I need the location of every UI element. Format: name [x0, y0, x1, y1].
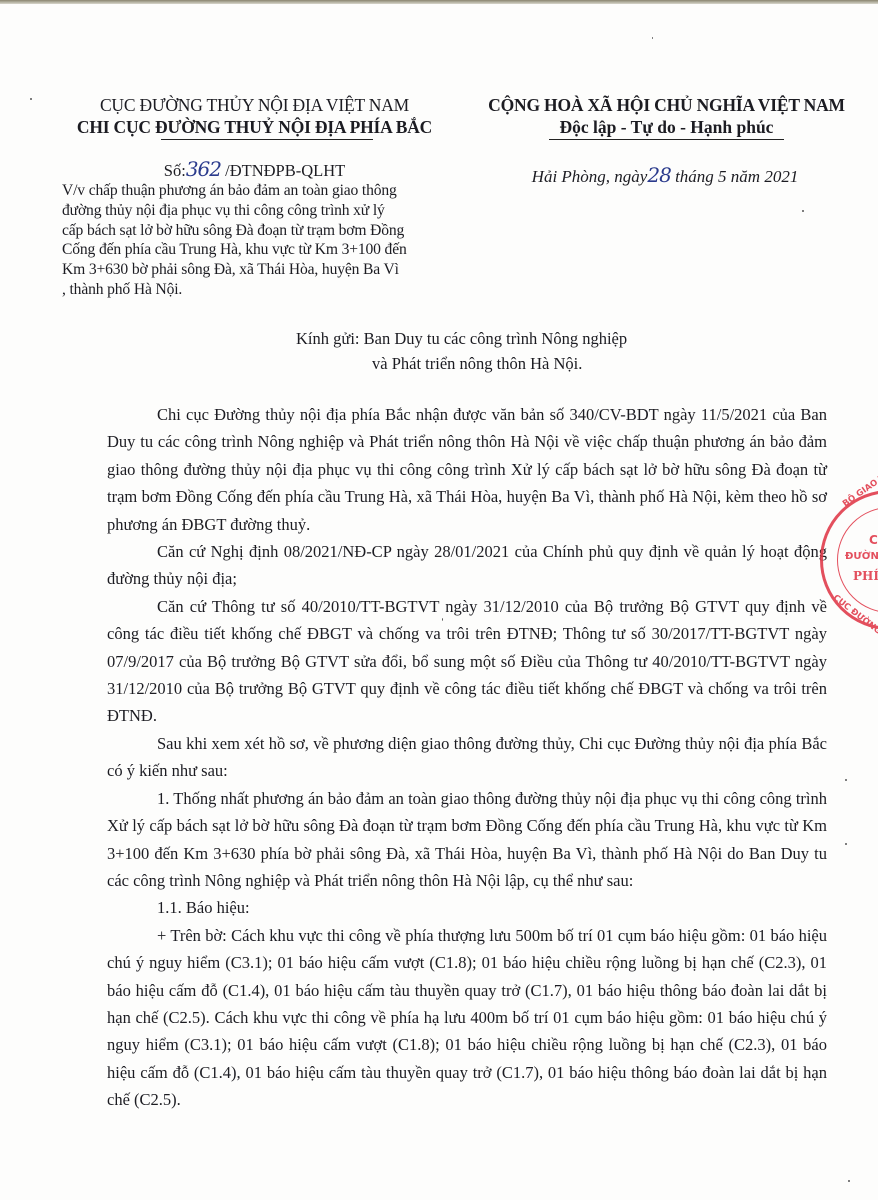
nation-title: CỘNG HOÀ XÃ HỘI CHỦ NGHĨA VIỆT NAM	[455, 94, 878, 116]
body-paragraph: Căn cứ Thông tư số 40/2010/TT-BGTVT ngày…	[107, 593, 827, 730]
subject-line: V/v chấp thuận phương án bảo đảm an toàn…	[62, 181, 462, 201]
agency-header: CỤC ĐƯỜNG THỦY NỘI ĐỊA VIỆT NAM CHI CỤC …	[62, 94, 447, 140]
letter-body: Chi cục Đường thủy nội địa phía Bắc nhận…	[107, 401, 827, 1114]
official-seal-stamp: BỘ GIAO TH CHI ĐƯỜNG TH PHÍA CỤC ĐƯỜNG T…	[820, 490, 878, 630]
handwritten-number: 362	[186, 157, 221, 181]
subject-line: cấp bách sạt lở bờ hữu sông Đà đoạn từ t…	[62, 221, 462, 241]
parent-agency: CỤC ĐƯỜNG THỦY NỘI ĐỊA VIỆT NAM	[62, 94, 447, 116]
scan-speck	[802, 210, 804, 212]
body-paragraph: 1. Thống nhất phương án bảo đảm an toàn …	[107, 785, 827, 895]
national-header: CỘNG HOÀ XÃ HỘI CHỦ NGHĨA VIỆT NAM Độc l…	[455, 94, 878, 140]
recipient-line-2: và Phát triển nông thôn Hà Nội.	[296, 351, 736, 376]
motto-underline	[549, 139, 784, 140]
subject-line: Km 3+630 bờ phải sông Đà, xã Thái Hòa, h…	[62, 260, 462, 280]
seal-arc-top-text: BỘ GIAO TH	[841, 469, 878, 510]
scan-speck	[30, 98, 32, 100]
body-paragraph: Sau khi xem xét hồ sơ, về phương diện gi…	[107, 730, 827, 785]
document-number-suffix: /ĐTNĐPB-QLHT	[225, 161, 345, 180]
scan-speck	[845, 779, 847, 781]
subject-line: Cống đến phía cầu Trung Hà, khu vực từ K…	[62, 240, 462, 260]
date-place-prefix: Hải Phòng, ngày	[532, 167, 648, 186]
place-and-date: Hải Phòng, ngày28 tháng 5 năm 2021	[470, 164, 860, 188]
handwritten-day: 28	[647, 163, 670, 187]
national-motto: Độc lập - Tự do - Hạnh phúc	[455, 116, 878, 138]
scan-speck	[848, 1180, 850, 1182]
subject-block: V/v chấp thuận phương án bảo đảm an toàn…	[62, 181, 462, 300]
seal-center-text-3: PHÍA	[853, 569, 878, 583]
issuing-agency: CHI CỤC ĐƯỜNG THUỶ NỘI ĐỊA PHÍA BẮC	[62, 116, 447, 138]
scan-speck	[845, 843, 847, 845]
document-number: Số:362 /ĐTNĐPB-QLHT	[62, 158, 447, 182]
body-paragraph: + Trên bờ: Cách khu vực thi công về phía…	[107, 922, 827, 1114]
subject-line: đường thủy nội địa phục vụ thi công công…	[62, 201, 462, 221]
section-heading: 1.1. Báo hiệu:	[107, 894, 827, 921]
body-paragraph: Căn cứ Nghị định 08/2021/NĐ-CP ngày 28/0…	[107, 538, 827, 593]
date-rest: tháng 5 năm 2021	[675, 167, 798, 186]
recipient-line-1: Kính gửi: Ban Duy tu các công trình Nông…	[296, 326, 736, 351]
document-number-prefix: Số:	[164, 161, 186, 180]
document-page: CỤC ĐƯỜNG THỦY NỘI ĐỊA VIỆT NAM CHI CỤC …	[0, 0, 878, 1200]
seal-center-text-2: ĐƯỜNG TH	[845, 551, 878, 562]
scan-top-edge	[0, 0, 878, 4]
scan-speck	[652, 37, 653, 39]
seal-center-text-1: CHI	[869, 533, 878, 547]
agency-underline	[161, 139, 373, 140]
subject-line: , thành phố Hà Nội.	[62, 280, 462, 300]
body-paragraph: Chi cục Đường thủy nội địa phía Bắc nhận…	[107, 401, 827, 538]
recipient-block: Kính gửi: Ban Duy tu các công trình Nông…	[296, 326, 736, 376]
